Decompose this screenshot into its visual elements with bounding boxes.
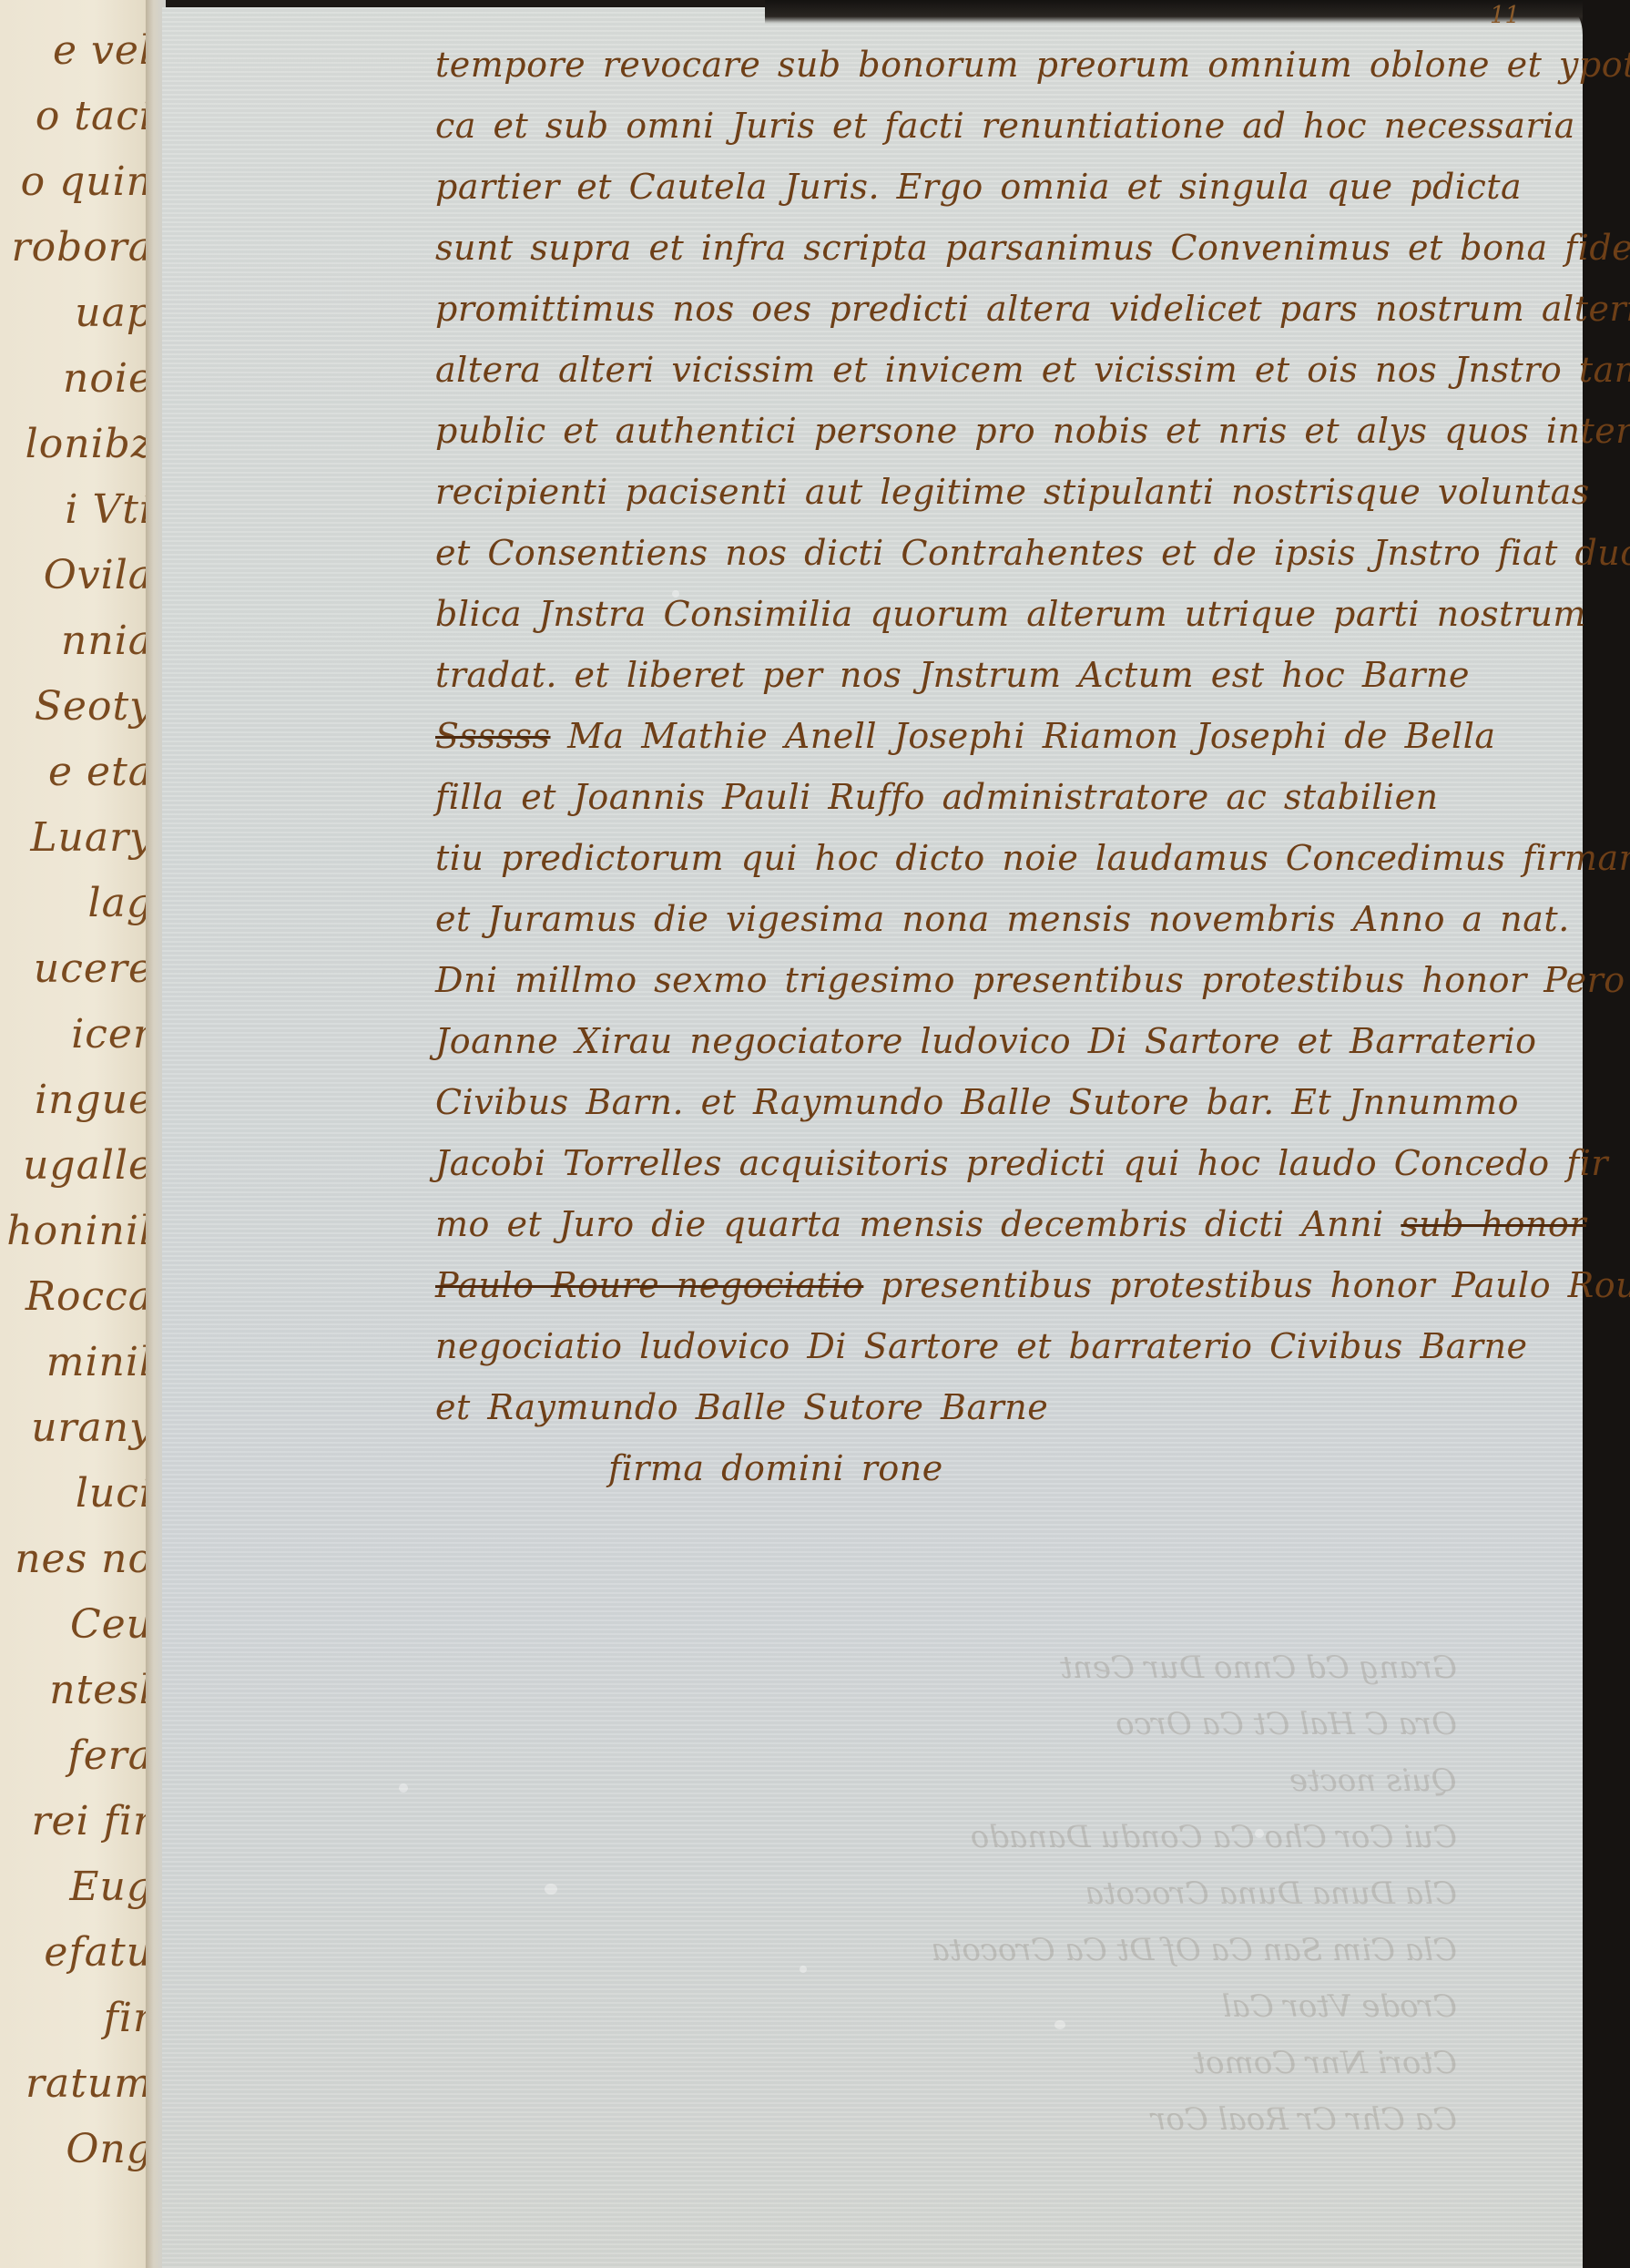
line-text: tempore revocare sub bonorum preorum omn… [435, 45, 1630, 85]
manuscript-line: mo et Juro die quarta mensis decembris d… [435, 1194, 1555, 1255]
line-text: et Raymundo Balle Sutore Barne [435, 1387, 1048, 1427]
bleed-through-line: Ora C Hal Ct Ca Orco [546, 1696, 1457, 1752]
folio-number: 11 [1490, 2, 1520, 29]
facing-page-fragment: fera [0, 1732, 153, 1779]
line-text: blica Jnstra Consimilia quorum alterum u… [435, 594, 1586, 634]
line-text: negociatio ludovico Di Sartore et barrat… [435, 1326, 1528, 1366]
torn-top-edge [765, 0, 1584, 24]
bleed-through-line: Ctori Nnr Comot [546, 2035, 1457, 2091]
manuscript-line: altera alteri vicissim et invicem et vic… [435, 340, 1555, 401]
facing-page-fragment: luci [0, 1470, 153, 1517]
line-text: partier et Cautela Juris. Ergo omnia et … [435, 167, 1522, 207]
manuscript-line: et Raymundo Balle Sutore Barne [435, 1377, 1555, 1438]
facing-page-fragment: nes no [0, 1536, 153, 1582]
line-text: sunt supra et infra scripta parsanimus C… [435, 228, 1630, 268]
manuscript-line: blica Jnstra Consimilia quorum alterum u… [435, 584, 1555, 645]
bleed-through-line: Cui Cor Cho Ca Condu Danado [546, 1809, 1457, 1865]
bleed-through-line: Crode Vtor Cal [546, 1978, 1457, 2035]
struck-through-text: sub honor [1401, 1204, 1586, 1244]
facing-page-fragment: Seoty [0, 683, 153, 730]
facing-page-fragment: ntesl [0, 1667, 153, 1713]
bleed-through-line: Cla Cim San Ca Of Dt Ca Crocota [546, 1922, 1457, 1978]
manuscript-line: public et authentici persone pro nobis e… [435, 401, 1555, 462]
struck-through-text: Ssssss [435, 716, 551, 756]
facing-page-fragment: uap [0, 290, 153, 336]
facing-page-fragment: e eta [0, 749, 153, 795]
line-text: Jacobi Torrelles acquisitoris predicti q… [435, 1143, 1608, 1183]
facing-page-fragment: i Vti [0, 486, 153, 533]
facing-page-fragment: o taci [0, 93, 153, 139]
manuscript-line: tiu predictorum qui hoc dicto noie lauda… [435, 828, 1555, 889]
bleed-through-line: Grang Cd Cnno Dur Cent [546, 1640, 1457, 1696]
manuscript-line: Paulo Roure negociatio presentibus prote… [435, 1255, 1555, 1316]
facing-page-fragment: Luary [0, 814, 153, 861]
manuscript-line: et Consentiens nos dicti Contrahentes et… [435, 523, 1555, 584]
struck-through-text: Paulo Roure negociatio [435, 1265, 863, 1305]
bleed-through-line: Cla Duna Duna Crocota [546, 1865, 1457, 1922]
manuscript-scan: e velo tacio quinroborauapnoielonibzi Vt… [0, 0, 1630, 2268]
line-text: presentibus protestibus honor Paulo Rour… [863, 1265, 1630, 1305]
facing-page-fragment: efatu [0, 1929, 153, 1976]
facing-page-fragment: ucere [0, 945, 153, 992]
facing-page-fragment: Ceu [0, 1601, 153, 1648]
line-text: tradat. et liberet per nos Jnstrum Actum… [435, 655, 1470, 695]
line-text: mo et Juro die quarta mensis decembris d… [435, 1204, 1401, 1244]
manuscript-line: partier et Cautela Juris. Ergo omnia et … [435, 157, 1555, 218]
manuscript-text-block: tempore revocare sub bonorum preorum omn… [435, 35, 1555, 1499]
facing-page-fragment: fir [0, 1995, 153, 2041]
manuscript-line: tradat. et liberet per nos Jnstrum Actum… [435, 645, 1555, 706]
manuscript-line: sunt supra et infra scripta parsanimus C… [435, 218, 1555, 279]
line-text: Civibus Barn. et Raymundo Balle Sutore b… [435, 1082, 1519, 1122]
facing-page-edge: e velo tacio quinroborauapnoielonibzi Vt… [0, 0, 157, 2268]
bleed-through-line: Quis nocte [546, 1752, 1457, 1809]
manuscript-line: promittimus nos oes predicti altera vide… [435, 279, 1555, 340]
manuscript-line: negociatio ludovico Di Sartore et barrat… [435, 1316, 1555, 1377]
facing-page-fragment: Ong [0, 2126, 153, 2172]
manuscript-line: Ssssss Ma Mathie Anell Josephi Riamon Jo… [435, 706, 1555, 767]
facing-page-fragment: nnia [0, 618, 153, 664]
facing-page-fragment: minil [0, 1339, 153, 1385]
facing-page-fragment: noie [0, 355, 153, 402]
facing-page-fragment: ingue [0, 1077, 153, 1123]
scan-background-edge [1583, 0, 1630, 2268]
facing-page-fragment: o quin [0, 158, 153, 205]
line-text: tiu predictorum qui hoc dicto noie lauda… [435, 838, 1630, 878]
manuscript-line: Jacobi Torrelles acquisitoris predicti q… [435, 1133, 1555, 1194]
facing-page-fragment: icer [0, 1011, 153, 1057]
line-text: recipienti pacisenti aut legitime stipul… [435, 472, 1590, 512]
line-text: Ma Mathie Anell Josephi Riamon Josephi d… [551, 716, 1496, 756]
line-text: public et authentici persone pro nobis e… [435, 411, 1630, 451]
manuscript-line: Joanne Xirau negociatore ludovico Di Sar… [435, 1011, 1555, 1072]
facing-page-fragment: lonibz [0, 421, 153, 467]
line-text: Dni millmo sexmo trigesimo presentibus p… [435, 960, 1625, 1000]
manuscript-line: et Juramus die vigesima nona mensis nove… [435, 889, 1555, 950]
facing-page-fragment: e vel [0, 27, 153, 74]
manuscript-line: recipienti pacisenti aut legitime stipul… [435, 462, 1555, 523]
facing-page-fragment: urany [0, 1405, 153, 1451]
manuscript-line: Civibus Barn. et Raymundo Balle Sutore b… [435, 1072, 1555, 1133]
bleed-through-line: Ca Chr Cr Roal Cor [546, 2091, 1457, 2148]
signature-line: firma domini rone [435, 1438, 1555, 1499]
line-text: ca et sub omni Juris et facti renuntiati… [435, 106, 1575, 146]
facing-page-fragment: Ovila [0, 552, 153, 598]
line-text: filla et Joannis Pauli Ruffo administrat… [435, 777, 1439, 817]
line-text: altera alteri vicissim et invicem et vic… [435, 350, 1630, 390]
facing-page-fragment: lag [0, 880, 153, 926]
line-text: promittimus nos oes predicti altera vide… [435, 289, 1630, 329]
manuscript-line: ca et sub omni Juris et facti renuntiati… [435, 96, 1555, 157]
line-text: firma domini rone [608, 1448, 943, 1488]
facing-page-fragment: robora [0, 224, 153, 271]
facing-page-fragment: Eug [0, 1864, 153, 1910]
facing-page-fragment: Rocca [0, 1273, 153, 1320]
manuscript-line: Dni millmo sexmo trigesimo presentibus p… [435, 950, 1555, 1011]
manuscript-line: tempore revocare sub bonorum preorum omn… [435, 35, 1555, 96]
facing-page-fragment: rei fir [0, 1798, 153, 1844]
facing-page-fragment: honinil [0, 1208, 153, 1254]
line-text: et Juramus die vigesima nona mensis nove… [435, 899, 1570, 939]
bleed-through-text: Grang Cd Cnno Dur CentOra C Hal Ct Ca Or… [546, 1640, 1457, 2148]
line-text: et Consentiens nos dicti Contrahentes et… [435, 533, 1630, 573]
facing-page-fragment: ugalle [0, 1142, 153, 1189]
manuscript-line: filla et Joannis Pauli Ruffo administrat… [435, 767, 1555, 828]
line-text: Joanne Xirau negociatore ludovico Di Sar… [435, 1021, 1536, 1061]
facing-page-fragment: ratum [0, 2060, 153, 2107]
